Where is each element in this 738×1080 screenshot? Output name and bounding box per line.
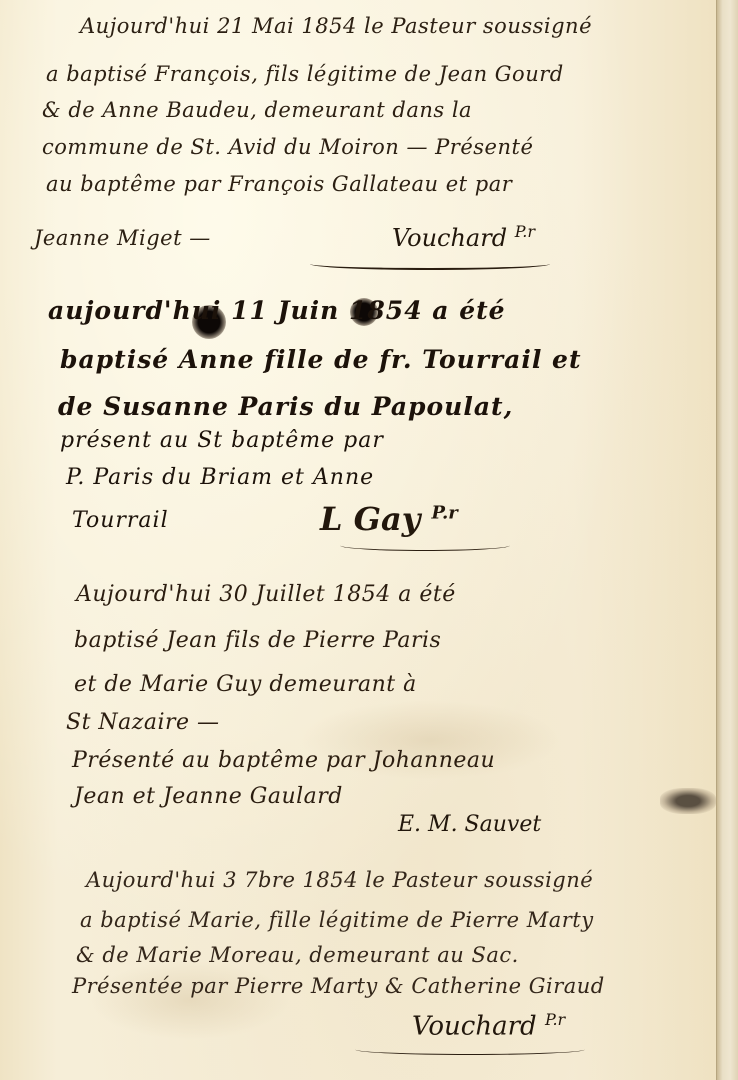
register-page: Aujourd'hui 21 Mai 1854 le Pasteur souss… <box>0 0 716 1080</box>
signature-flourish <box>355 1044 585 1055</box>
entry-line: Présentée par Pierre Marty & Catherine G… <box>72 974 605 998</box>
signature-name: E. M. Sauvet <box>398 812 541 837</box>
pastor-signature: Vouchard P.r <box>412 1010 565 1042</box>
pastor-signature: L Gay P.r <box>320 500 458 538</box>
entry-line: & de Anne Baudeu, demeurant dans la <box>42 98 472 122</box>
entry-line-text: a baptisé François, fils légitime de Jea… <box>46 62 564 86</box>
signature-suffix: P.r <box>431 502 457 523</box>
entry-line: baptisé Jean fils de Pierre Paris <box>74 628 441 653</box>
entry-line: aujourd'hui 11 Juin 1854 a été <box>48 296 506 325</box>
entry-line: Jeanne Miget — <box>34 226 211 250</box>
pastor-signature: E. M. Sauvet <box>398 812 541 837</box>
entry-line: a baptisé François, fils légitime de Jea… <box>46 62 564 86</box>
book-gutter <box>716 0 738 1080</box>
entry-line: a baptisé Marie, fille légitime de Pierr… <box>80 908 594 932</box>
signature-name: Vouchard <box>392 224 507 252</box>
signature-flourish <box>310 258 550 270</box>
entry-line: Aujourd'hui 21 Mai 1854 le Pasteur souss… <box>80 14 592 38</box>
entry-line: St Nazaire — <box>66 710 220 735</box>
entry-line: baptisé Anne fille de fr. Tourrail et <box>60 345 582 374</box>
pastor-signature: Vouchard P.r <box>392 222 535 252</box>
paper-stain <box>90 960 290 1040</box>
entry-line: commune de St. Avid du Moiron — Présenté <box>42 135 533 159</box>
signature-flourish <box>340 540 510 551</box>
entry-line: Présenté au baptême par Johanneau <box>72 748 495 773</box>
entry-line: Aujourd'hui 30 Juillet 1854 a été <box>76 582 456 607</box>
entry-line: Tourrail <box>72 508 169 533</box>
entry-line: Jean et Jeanne Gaulard <box>74 784 343 809</box>
entry-line: et de Marie Guy demeurant à <box>74 672 417 697</box>
entry-line: P. Paris du Briam et Anne <box>66 465 374 490</box>
entry-line: de Susanne Paris du Papoulat, <box>58 392 513 421</box>
signature-suffix: P.r <box>515 222 535 241</box>
ink-smudge <box>660 788 716 814</box>
signature-name: Vouchard <box>412 1012 537 1042</box>
signature-suffix: P.r <box>545 1010 565 1029</box>
entry-line: & de Marie Moreau, demeurant au Sac. <box>76 943 519 967</box>
entry-line: présent au St baptême par <box>60 428 384 453</box>
entry-line: au baptême par François Gallateau et par <box>46 172 512 196</box>
signature-name: L Gay <box>320 500 420 538</box>
entry-line: Aujourd'hui 3 7bre 1854 le Pasteur souss… <box>86 868 593 892</box>
